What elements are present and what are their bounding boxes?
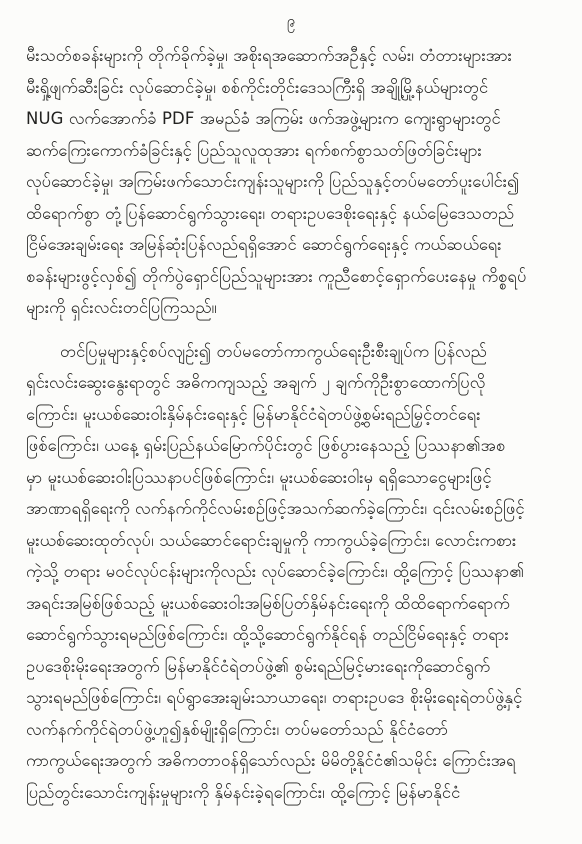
text-line: လက်နက်ကိုင်ရဲတပ်ဖွဲ့ဟူ၍နှစ်မျိုးရှိကြောင… [26,714,556,746]
text-line: ကြောင်း၊ မူးယစ်ဆေးဝါးနှိမ်နင်းရေးနှင့် မ… [26,399,556,431]
text-line: အာဏာရရှိရေးကို လက်နက်ကိုင်လမ်းစဉ်ဖြင့်အသ… [26,493,556,525]
text-line: မူးယစ်ဆေးထုတ်လုပ်၊ သယ်ဆောင်ရောင်းချမှုကိ… [26,525,556,557]
text-line: ဥပဒေစိုးမိုးရေးအတွက် မြန်မာနိုင်ငံရဲတပ်ဖ… [26,651,556,683]
text-line: ထိရောက်စွာ တုံ့ပြန်ဆောင်ရွက်သွားရေး၊ တရာ… [26,198,556,230]
paragraph-2: တင်ပြမှုများနှင့်စပ်လျဉ်း၍ တပ်မတော်ကာကွယ… [26,336,556,809]
text-line: စခန်းများဖွင့်လှစ်၍ တိုက်ပွဲရှောင်ပြည်သူ… [26,261,556,293]
document-body: မီးသတ်စခန်းများကို တိုက်ခိုက်ခဲ့မှု၊ အစိ… [26,40,556,808]
page-number: ၉ [0,10,582,32]
paragraph-1: မီးသတ်စခန်းများကို တိုက်ခိုက်ခဲ့မှု၊ အစိ… [26,40,556,324]
text-line: မှာ မူးယစ်ဆေးဝါးပြဿနာပင်ဖြစ်ကြောင်း၊ မူး… [26,462,556,494]
text-line: ဆောင်ရွက်သွားရမည်ဖြစ်ကြောင်း၊ ထို့သို့ဆေ… [26,619,556,651]
text-line: NUG လက်အောက်ခံ PDF အမည်ခံ အကြမ်း ဖက်အဖွဲ… [26,103,556,135]
text-line: ရှင်းလင်းဆွေးနွေးရာတွင် အဓိကကျသည့် အချက်… [26,367,556,399]
text-line: တင်ပြမှုများနှင့်စပ်လျဉ်း၍ တပ်မတော်ကာကွယ… [26,336,556,368]
text-line: ကဲ့သို့ တရား မဝင်လုပ်ငန်းများကိုလည်း လုပ… [26,556,556,588]
text-line: အရင်းအမြစ်ဖြစ်သည့် မူးယစ်ဆေးဝါးအမြစ်ပြတ်… [26,588,556,620]
text-line: လုပ်ဆောင်ခဲ့မှု၊ အကြမ်းဖက်သောင်းကျန်းသူမ… [26,166,556,198]
text-line: မီးရှို့ဖျက်ဆီးခြင်း လုပ်ဆောင်ခဲ့မှု၊ စစ… [26,72,556,104]
text-line: ငြိမ်အေးချမ်းရေး အမြန်ဆုံးပြန်လည်ရရှိအော… [26,229,556,261]
text-line: သွားရမည်ဖြစ်ကြောင်း၊ ရပ်ရွာအေးချမ်းသာယာရ… [26,682,556,714]
text-line: ဆက်ကြေးကောက်ခံခြင်းနှင့် ပြည်သူလူထုအား ရ… [26,135,556,167]
text-line: ဖြစ်ကြောင်း၊ ယနေ့ ရှမ်းပြည်နယ်မြောက်ပိုင… [26,430,556,462]
text-line: ကာကွယ်ရေးအတွက် အဓိကတာဝန်ရှိသော်လည်း မိမိ… [26,745,556,777]
text-line: မီးသတ်စခန်းများကို တိုက်ခိုက်ခဲ့မှု၊ အစိ… [26,40,556,72]
text-line: ပြည်တွင်းသောင်းကျန်းမှုများကို နှိမ်နင်း… [26,777,556,809]
document-page: ၉ မီးသတ်စခန်းများကို တိုက်ခိုက်ခဲ့မှု၊ အ… [0,0,582,844]
text-line: များကို ရှင်းလင်းတင်ပြကြသည်။ [26,292,556,324]
